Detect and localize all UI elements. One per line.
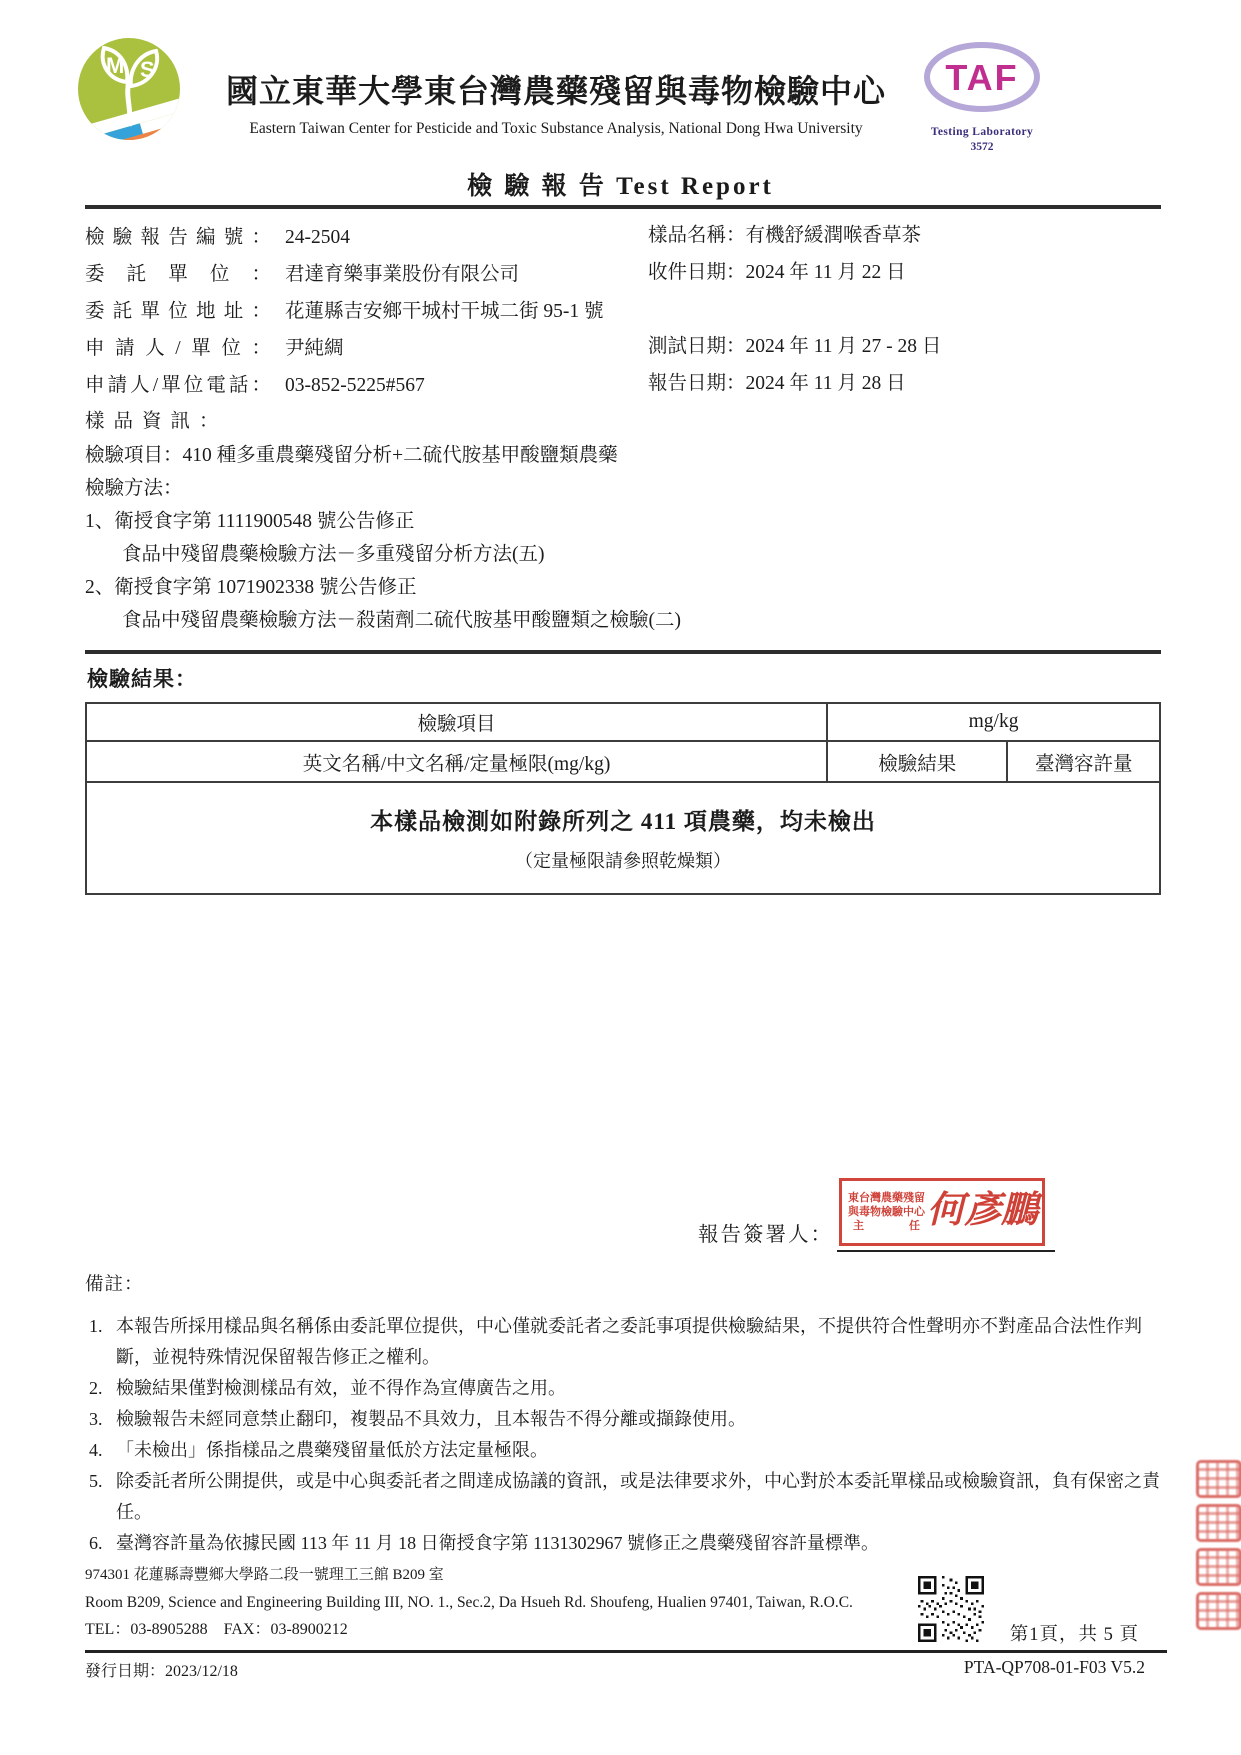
note-item: 5. 除委託者所公開提供，或是中心與委託者之間達成協議的資訊，或是法律要求外，中… [85, 1466, 1169, 1528]
column-header-unit: mg/kg [827, 703, 1160, 741]
notes-heading: 備註： [85, 1270, 1169, 1296]
info-label: 申請人/單位： [85, 330, 271, 367]
report-info-section: 檢驗報告編號：24-2504 委託單位：君達育樂事業股份有限公司 委託單位地址：… [85, 219, 1161, 895]
method-line: 2、衛授食字第 1071902338 號公告修正 [85, 571, 1161, 604]
column-header-item: 檢驗項目 [86, 703, 827, 741]
issue-date: 發行日期：2023/12/18 [85, 1658, 238, 1681]
stamp-signer-name: 何彥鵬 [927, 1192, 1038, 1229]
client-address: 花蓮縣吉安鄉干城村干城二街 95-1 號 [285, 301, 604, 322]
info-row: 報告日期：2024 年 11 月 28 日 [648, 367, 906, 395]
taf-accreditation-mark: TAF Testing Laboratory 3572 [920, 40, 1044, 153]
note-text: 臺灣容許量為依據民國 113 年 11 月 18 日衛授食字第 11313029… [116, 1533, 879, 1553]
method-heading: 檢驗方法： [85, 472, 1161, 505]
info-label: 報告日期： [648, 373, 746, 394]
note-text: 本報告所採用樣品與名稱係由委託單位提供，中心僅就委託者之委託事項提供檢驗結果，不… [116, 1316, 1142, 1367]
stamp-role-char: 任 [909, 1219, 920, 1233]
result-summary-note: （定量極限請參照乾燥類） [87, 847, 1159, 873]
stamp-org-line2: 與毒物檢驗中心 [848, 1206, 925, 1218]
info-row: 樣品名稱：有機舒緩潤喉香草茶 [648, 219, 921, 247]
note-text: 檢驗結果僅對檢測樣品有效，並不得作為宣傳廣告之用。 [116, 1378, 566, 1398]
note-number: 5. [89, 1466, 103, 1497]
test-items-line: 檢驗項目：410 種多重農藥殘留分析+二硫代胺基甲酸鹽類農藥 [85, 439, 1161, 472]
logo-letter-m: M [106, 53, 124, 78]
note-number: 3. [89, 1404, 103, 1435]
taf-oval-icon: TAF [922, 40, 1042, 116]
footer: 974301 花蓮縣壽豐鄉大學路二段一號理工三館 B209 室 Room B20… [85, 1562, 1167, 1643]
note-number: 2. [89, 1373, 103, 1404]
note-item: 1. 本報告所採用樣品與名稱係由委託單位提供，中心僅就委託者之委託事項提供檢驗結… [85, 1311, 1169, 1373]
signature-line: 東台灣農藥殘留 與毒物檢驗中心 主 任 何彥鵬 [837, 1172, 1055, 1252]
info-row: 委託單位：君達育樂事業股份有限公司 [85, 256, 1161, 293]
edge-seal-stamp [1196, 1460, 1241, 1630]
taf-number: 3572 [920, 141, 1044, 153]
applicant-name: 尹純綢 [285, 338, 344, 359]
results-heading: 檢驗結果： [87, 663, 1161, 693]
info-label: 檢驗報告編號： [85, 219, 271, 256]
signer-stamp: 東台灣農藥殘留 與毒物檢驗中心 主 任 何彥鵬 [839, 1178, 1045, 1246]
sample-name: 有機舒緩潤喉香草茶 [746, 225, 922, 246]
info-row: 檢驗報告編號：24-2504 [85, 219, 1161, 256]
column-header-name-loq: 英文名稱/中文名稱/定量極限(mg/kg) [86, 741, 827, 782]
info-row: 收件日期：2024 年 11 月 22 日 [648, 256, 906, 284]
note-number: 6. [89, 1528, 103, 1559]
test-report-page: M S 國立東華大學東台灣農藥殘留與毒物檢驗中心 Eastern Taiwan … [0, 0, 1241, 1755]
edge-seal-glyph [1196, 1460, 1241, 1498]
info-row: 申請人/單位：尹純綢 [85, 330, 1161, 367]
method-line: 食品中殘留農藥檢驗方法－多重殘留分析方法(五) [85, 538, 1161, 571]
report-number: 24-2504 [285, 227, 350, 248]
signer-block: 報告簽署人： 東台灣農藥殘留 與毒物檢驗中心 主 任 何彥鵬 [698, 1172, 1055, 1252]
note-text: 檢驗報告未經同意禁止翻印，複製品不具效力，且本報告不得分離或擷錄使用。 [116, 1409, 746, 1429]
info-label: 申請人/單位電話： [85, 367, 271, 404]
center-logo: M S [76, 36, 182, 166]
info-row: 測試日期：2024 年 11 月 27 - 28 日 [648, 330, 941, 358]
client-name: 君達育樂事業股份有限公司 [285, 264, 519, 285]
note-item: 2. 檢驗結果僅對檢測樣品有效，並不得作為宣傳廣告之用。 [85, 1373, 1169, 1404]
notes-section: 備註： 1. 本報告所採用樣品與名稱係由委託單位提供，中心僅就委託者之委託事項提… [85, 1270, 1169, 1559]
results-divider [85, 650, 1161, 654]
results-table: 檢驗項目 mg/kg 英文名稱/中文名稱/定量極限(mg/kg) 檢驗結果 臺灣… [85, 702, 1161, 895]
logo-letter-s: S [140, 57, 155, 82]
edge-seal-glyph [1196, 1592, 1241, 1630]
note-text: 除委託者所公開提供，或是中心與委託者之間達成協議的資訊，或是法律要求外，中心對於… [116, 1471, 1160, 1522]
table-subheader-row: 英文名稱/中文名稱/定量極限(mg/kg) 檢驗結果 臺灣容許量 [86, 741, 1160, 782]
method-line: 食品中殘留農藥檢驗方法－殺菌劑二硫代胺基甲酸鹽類之檢驗(二) [85, 604, 1161, 637]
table-body-row: 本樣品檢測如附錄所列之 411 項農藥，均未檢出 （定量極限請參照乾燥類） [86, 782, 1160, 894]
report-title: 檢 驗 報 告 Test Report [0, 166, 1241, 202]
stamp-role-char: 主 [853, 1219, 864, 1233]
applicant-phone: 03-852-5225#567 [285, 375, 425, 396]
page-number: 第1頁，共 5 頁 [1010, 1620, 1139, 1646]
taf-letters: TAF [945, 57, 1018, 98]
result-summary-cell: 本樣品檢測如附錄所列之 411 項農藥，均未檢出 （定量極限請參照乾燥類） [86, 782, 1160, 894]
stamp-org-line1: 東台灣農藥殘留 [848, 1192, 925, 1204]
qr-code [918, 1576, 984, 1647]
report-date: 2024 年 11 月 28 日 [746, 373, 906, 394]
sample-info-heading: 樣品資訊： [85, 411, 228, 432]
note-number: 1. [89, 1311, 103, 1342]
org-name-block: 國立東華大學東台灣農藥殘留與毒物檢驗中心 Eastern Taiwan Cent… [188, 66, 924, 138]
table-header-row: 檢驗項目 mg/kg [86, 703, 1160, 741]
column-header-result: 檢驗結果 [827, 741, 1007, 782]
qr-code-graphic [918, 1576, 984, 1642]
column-header-taiwan-limit: 臺灣容許量 [1007, 741, 1160, 782]
note-item: 4. 「未檢出」係指樣品之農藥殘留量低於方法定量極限。 [85, 1435, 1169, 1466]
title-divider [85, 205, 1161, 209]
stamp-org-text: 東台灣農藥殘留 與毒物檢驗中心 主 任 [846, 1191, 927, 1234]
test-date: 2024 年 11 月 27 - 28 日 [746, 336, 942, 357]
info-label: 樣品名稱： [648, 225, 746, 246]
info-label: 測試日期： [648, 336, 746, 357]
edge-seal-glyph [1196, 1504, 1241, 1542]
info-row: 委託單位地址：花蓮縣吉安鄉干城村干城二街 95-1 號 [85, 293, 1161, 330]
note-text: 「未檢出」係指樣品之農藥殘留量低於方法定量極限。 [116, 1440, 548, 1460]
footer-tel-fax: TEL：03-8905288 FAX：03-8900212 [85, 1616, 1167, 1643]
note-item: 3. 檢驗報告未經同意禁止翻印，複製品不具效力，且本報告不得分離或擷錄使用。 [85, 1404, 1169, 1435]
org-name-en: Eastern Taiwan Center for Pesticide and … [188, 120, 924, 138]
footer-divider [85, 1650, 1167, 1653]
result-summary-text: 本樣品檢測如附錄所列之 411 項農藥，均未檢出 [87, 803, 1159, 836]
signer-label: 報告簽署人： [698, 1217, 833, 1252]
info-label: 委託單位地址： [85, 293, 271, 330]
info-label: 委託單位： [85, 256, 271, 293]
doc-code: PTA-QP708-01-F03 V5.2 [964, 1657, 1145, 1678]
note-number: 4. [89, 1435, 103, 1466]
note-item: 6. 臺灣容許量為依據民國 113 年 11 月 18 日衛授食字第 11313… [85, 1528, 1169, 1559]
org-name-zh: 國立東華大學東台灣農藥殘留與毒物檢驗中心 [188, 66, 924, 112]
receive-date: 2024 年 11 月 22 日 [746, 262, 906, 283]
edge-seal-glyph [1196, 1548, 1241, 1586]
info-row: 申請人/單位電話：03-852-5225#567 [85, 367, 1161, 404]
info-label: 收件日期： [648, 262, 746, 283]
footer-address-en: Room B209, Science and Engineering Build… [85, 1589, 1167, 1616]
taf-label: Testing Laboratory [920, 126, 1044, 138]
footer-address-zh: 974301 花蓮縣壽豐鄉大學路二段一號理工三館 B209 室 [85, 1562, 1167, 1589]
method-line: 1、衛授食字第 1111900548 號公告修正 [85, 505, 1161, 538]
ms-plant-logo-graphic: M S [76, 36, 182, 166]
